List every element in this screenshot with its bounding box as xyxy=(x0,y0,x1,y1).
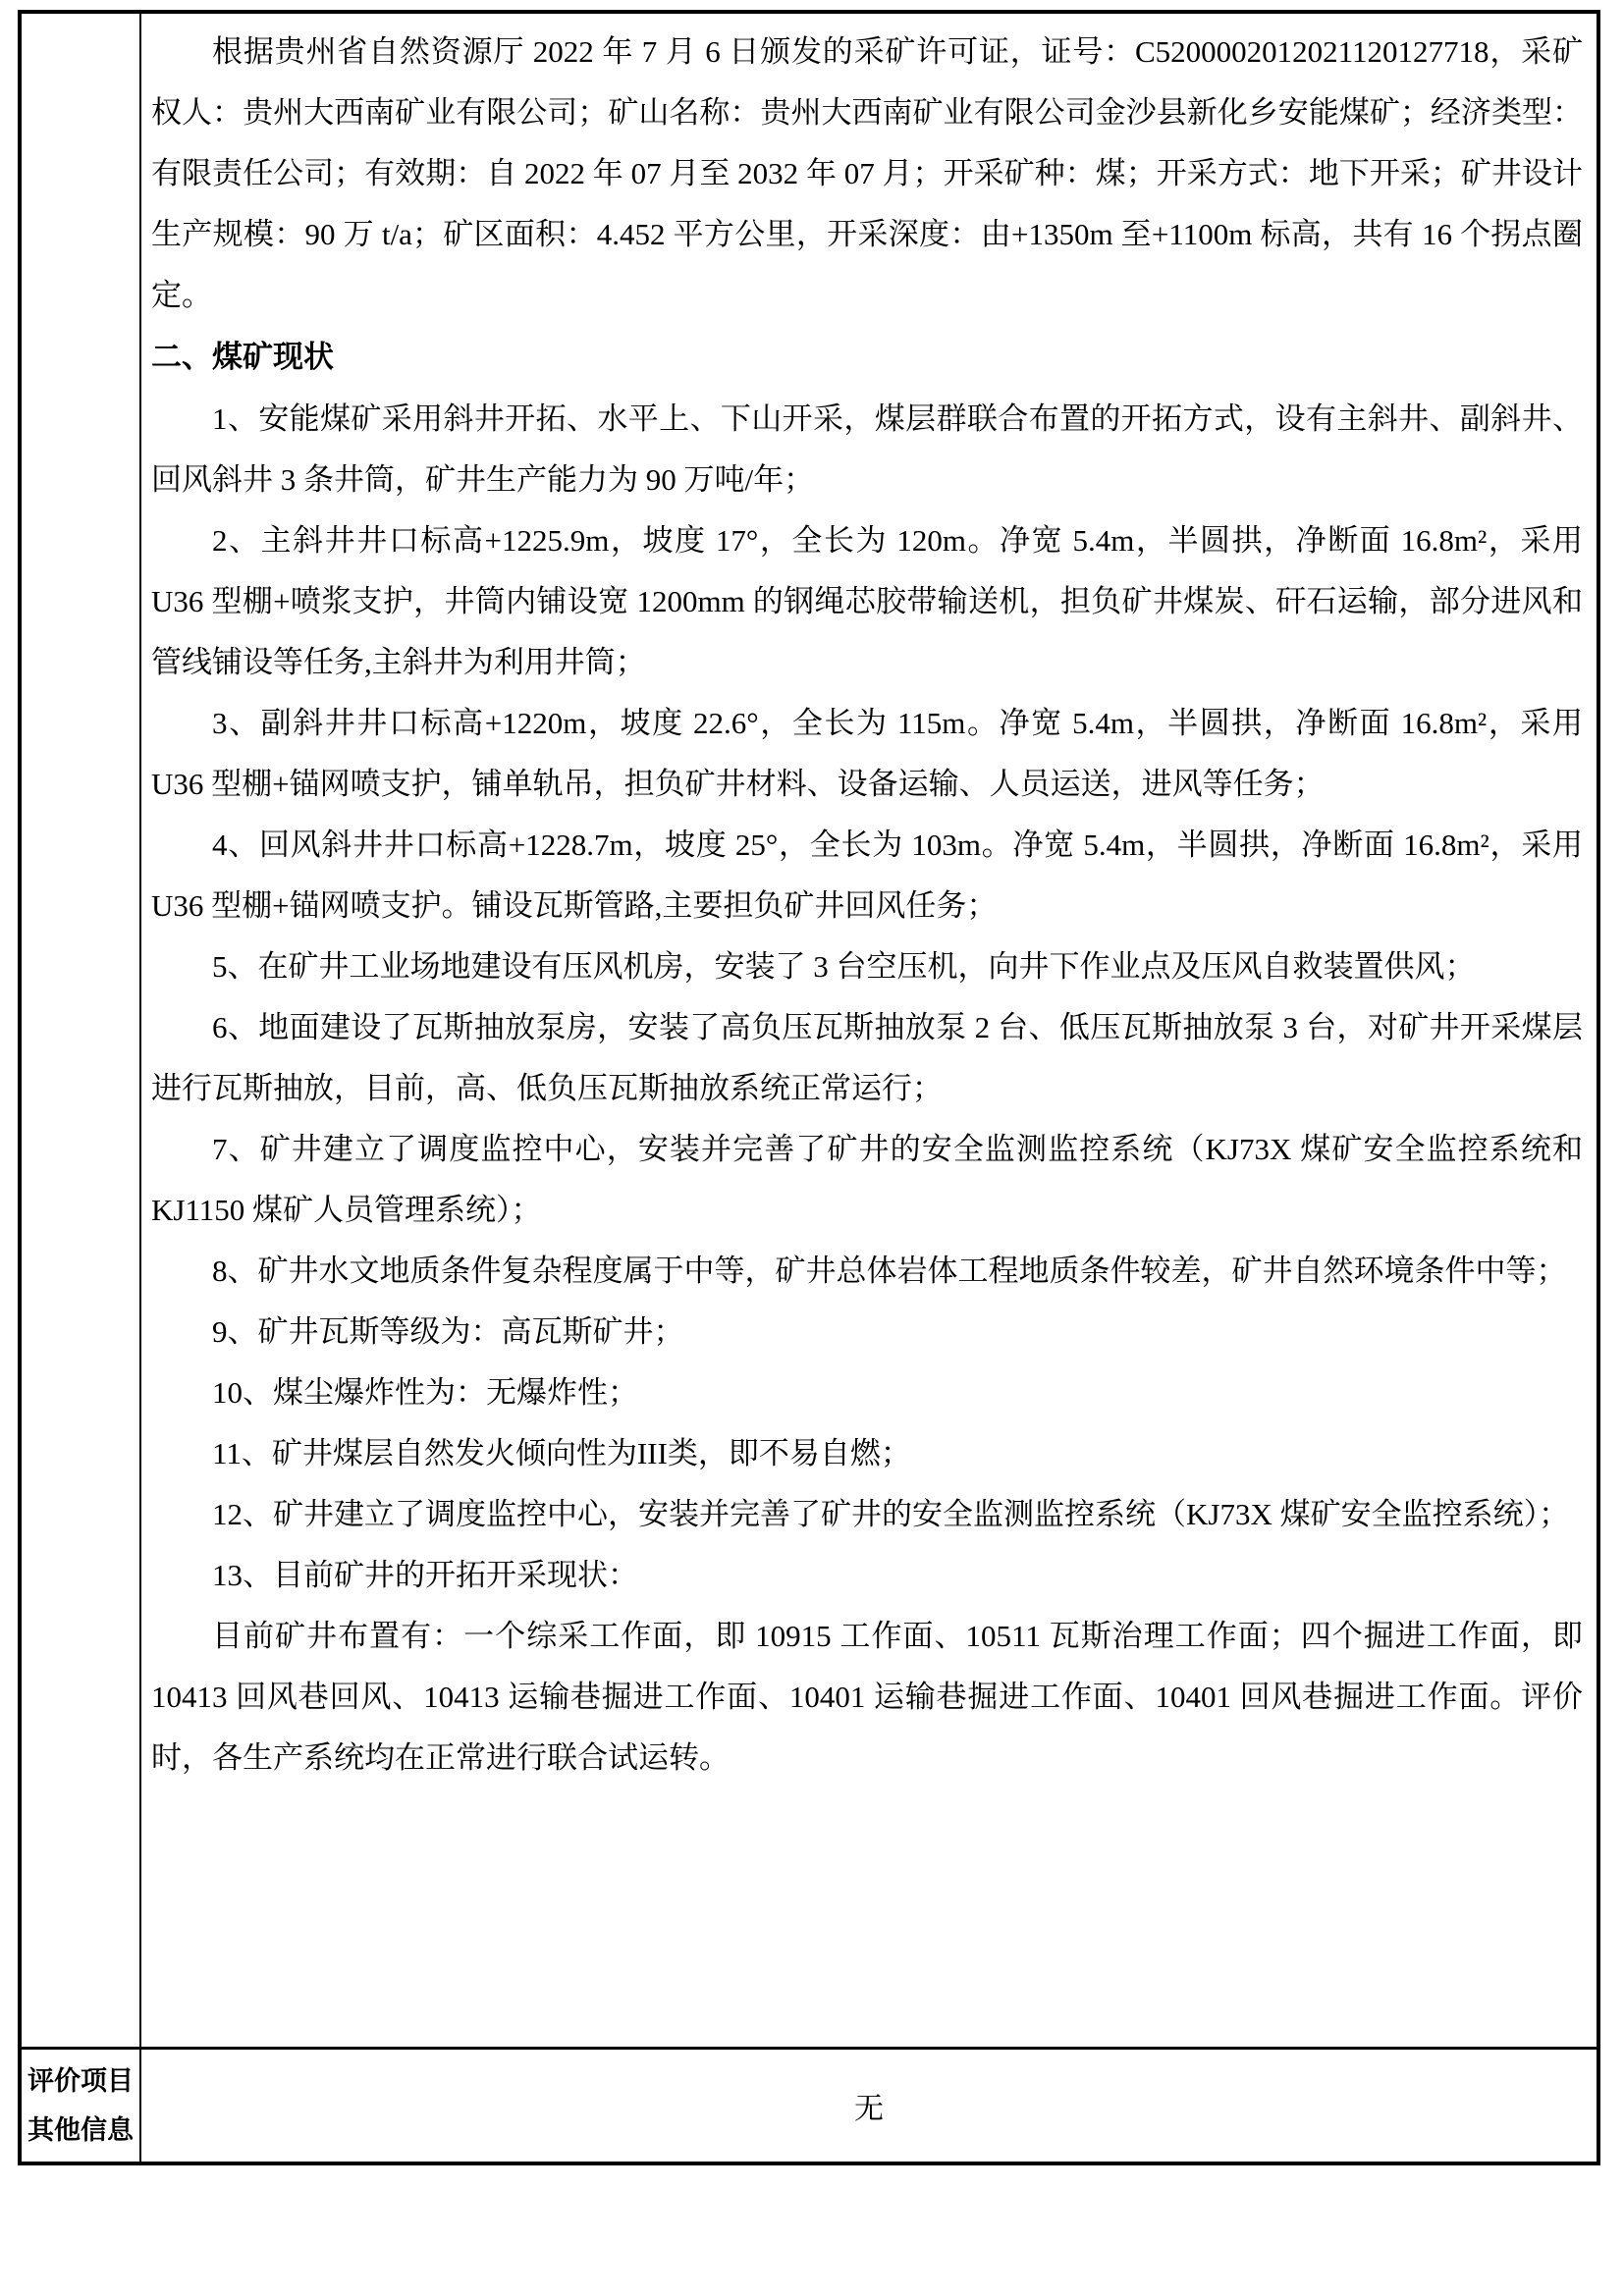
status-item-13: 13、目前矿井的开拓开采现状： xyxy=(151,1545,1583,1606)
status-item-4: 4、回风斜井井口标高+1228.7m，坡度 25°，全长为 103m。净宽 5.… xyxy=(151,815,1583,936)
footer-label-cell: 评价项目 其他信息 xyxy=(22,2050,141,2162)
report-table: 根据贵州省自然资源厅 2022 年 7 月 6 日颁发的采矿许可证，证号：C52… xyxy=(18,10,1600,2165)
footer-label-line1: 评价项目 xyxy=(27,2056,134,2106)
status-item-12: 12、矿井建立了调度监控中心，安装并完善了矿井的安全监测监控系统（KJ73X 煤… xyxy=(151,1484,1583,1545)
main-row: 根据贵州省自然资源厅 2022 年 7 月 6 日颁发的采矿许可证，证号：C52… xyxy=(22,14,1597,2047)
footer-value-cell: 无 xyxy=(141,2050,1597,2162)
status-item-10: 10、煤尘爆炸性为：无爆炸性； xyxy=(151,1362,1583,1423)
status-item-8: 8、矿井水文地质条件复杂程度属于中等，矿井总体岩体工程地质条件较差，矿井自然环境… xyxy=(151,1241,1583,1302)
status-item-9: 9、矿井瓦斯等级为：高瓦斯矿井； xyxy=(151,1302,1583,1362)
closing-paragraph: 目前矿井布置有：一个综采工作面，即 10915 工作面、10511 瓦斯治理工作… xyxy=(151,1606,1583,1789)
main-content-cell: 根据贵州省自然资源厅 2022 年 7 月 6 日颁发的采矿许可证，证号：C52… xyxy=(141,14,1597,2047)
status-item-1: 1、安能煤矿采用斜井开拓、水平上、下山开采，煤层群联合布置的开拓方式，设有主斜井… xyxy=(151,389,1583,510)
status-item-7: 7、矿井建立了调度监控中心，安装并完善了矿井的安全监测监控系统（KJ73X 煤矿… xyxy=(151,1119,1583,1241)
status-item-11: 11、矿井煤层自然发火倾向性为III类，即不易自燃； xyxy=(151,1423,1583,1484)
status-item-5: 5、在矿井工业场地建设有压风机房，安装了 3 台空压机，向井下作业点及压风自救装… xyxy=(151,936,1583,997)
footer-row: 评价项目 其他信息 无 xyxy=(22,2047,1597,2162)
status-item-3: 3、副斜井井口标高+1220m，坡度 22.6°，全长为 115m。净宽 5.4… xyxy=(151,693,1583,815)
footer-label-line2: 其他信息 xyxy=(27,2106,134,2155)
intro-paragraph: 根据贵州省自然资源厅 2022 年 7 月 6 日颁发的采矿许可证，证号：C52… xyxy=(151,22,1583,326)
document-page: 根据贵州省自然资源厅 2022 年 7 月 6 日颁发的采矿许可证，证号：C52… xyxy=(0,0,1624,2296)
main-row-empty-label-cell xyxy=(22,14,141,2047)
status-item-6: 6、地面建设了瓦斯抽放泵房，安装了高负压瓦斯抽放泵 2 台、低压瓦斯抽放泵 3 … xyxy=(151,997,1583,1119)
status-item-2: 2、主斜井井口标高+1225.9m，坡度 17°，全长为 120m。净宽 5.4… xyxy=(151,510,1583,693)
section-heading: 二、煤矿现状 xyxy=(151,326,1583,389)
footer-value-text: 无 xyxy=(854,2084,884,2127)
